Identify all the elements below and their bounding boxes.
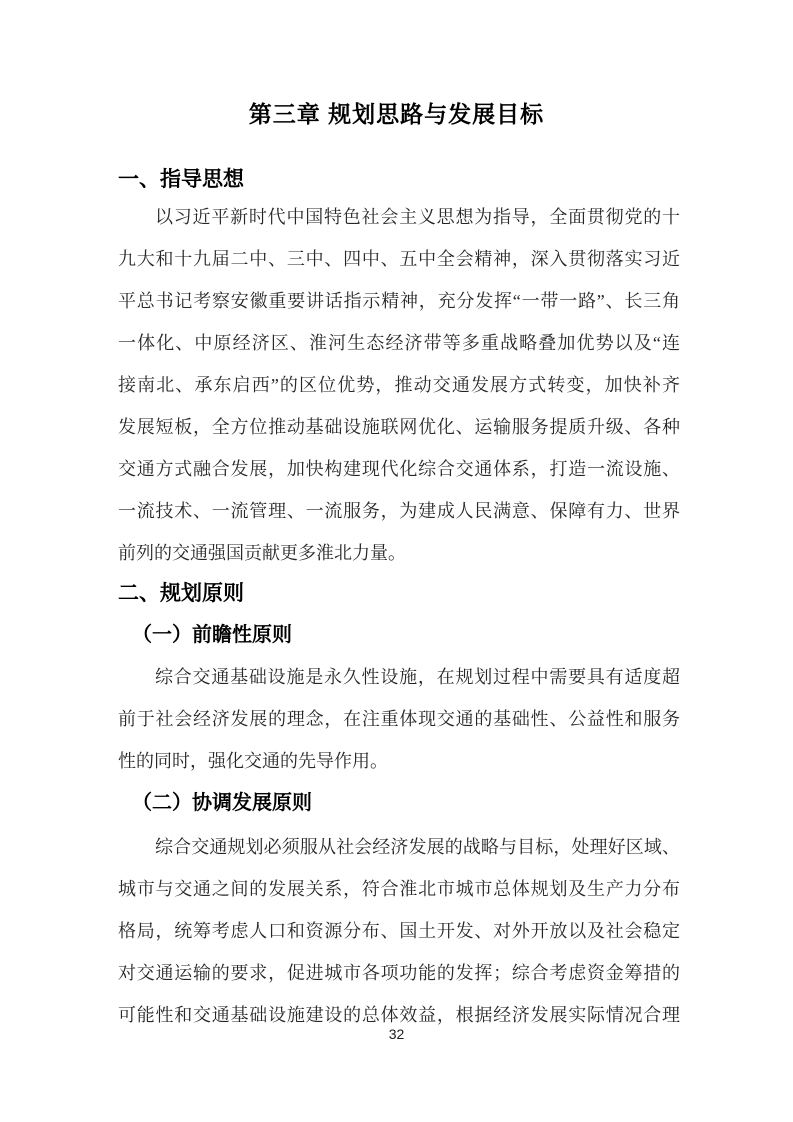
page-number: 32: [0, 1026, 793, 1042]
text-line: 九大和十九届二中、三中、四中、五中全会精神，深入贯彻落实习近: [118, 238, 680, 280]
text-line: 一流技术、一流管理、一流服务，为建成人民满意、保障有力、世界: [118, 490, 680, 532]
text-line: 交通方式融合发展，加快构建现代化综合交通体系，打造一流设施、: [118, 448, 680, 490]
text-line: 接南北、承东启西”的区位优势，推动交通发展方式转变，加快补齐: [118, 364, 680, 406]
document-page: 第三章 规划思路与发展目标 一、指导思想 以习近平新时代中国特色社会主义思想为指…: [0, 0, 793, 1122]
paragraph-coordinated-development-principle: 综合交通规划必须服从社会经济发展的战略与目标，处理好区域、 城市与交通之间的发展…: [118, 826, 680, 1036]
text-line: 格局，统筹考虑人口和资源分布、国土开发、对外开放以及社会稳定: [118, 910, 680, 952]
section-heading-guiding-ideology: 一、指导思想: [118, 168, 680, 191]
text-line: 发展短板，全方位推动基础设施联网优化、运输服务提质升级、各种: [118, 406, 680, 448]
subsection-heading-forward-looking-principle: （一）前瞻性原则: [118, 624, 680, 646]
text-line: 城市与交通之间的发展关系，符合淮北市城市总体规划及生产力分布: [118, 868, 680, 910]
text-line: 以习近平新时代中国特色社会主义思想为指导，全面贯彻党的十: [118, 196, 680, 238]
text-line: 综合交通规划必须服从社会经济发展的战略与目标，处理好区域、: [118, 826, 680, 868]
text-line: 前于社会经济发展的理念，在注重体现交通的基础性、公益性和服务: [118, 698, 680, 740]
subsection-heading-coordinated-development-principle: （二）协调发展原则: [118, 792, 680, 814]
chapter-title: 第三章 规划思路与发展目标: [0, 101, 793, 127]
text-line: 一体化、中原经济区、淮河生态经济带等多重战略叠加优势以及“连: [118, 322, 680, 364]
section-heading-planning-principles: 二、规划原则: [118, 582, 680, 605]
text-line: 前列的交通强国贡献更多淮北力量。: [118, 532, 680, 574]
paragraph-guiding-ideology: 以习近平新时代中国特色社会主义思想为指导，全面贯彻党的十 九大和十九届二中、三中…: [118, 196, 680, 574]
text-line: 平总书记考察安徽重要讲话指示精神，充分发挥“一带一路”、长三角: [118, 280, 680, 322]
text-line: 综合交通基础设施是永久性设施，在规划过程中需要具有适度超: [118, 656, 680, 698]
text-line: 对交通运输的要求，促进城市各项功能的发挥；综合考虑资金筹措的: [118, 952, 680, 994]
text-line: 性的同时，强化交通的先导作用。: [118, 740, 680, 782]
paragraph-forward-looking-principle: 综合交通基础设施是永久性设施，在规划过程中需要具有适度超 前于社会经济发展的理念…: [118, 656, 680, 782]
